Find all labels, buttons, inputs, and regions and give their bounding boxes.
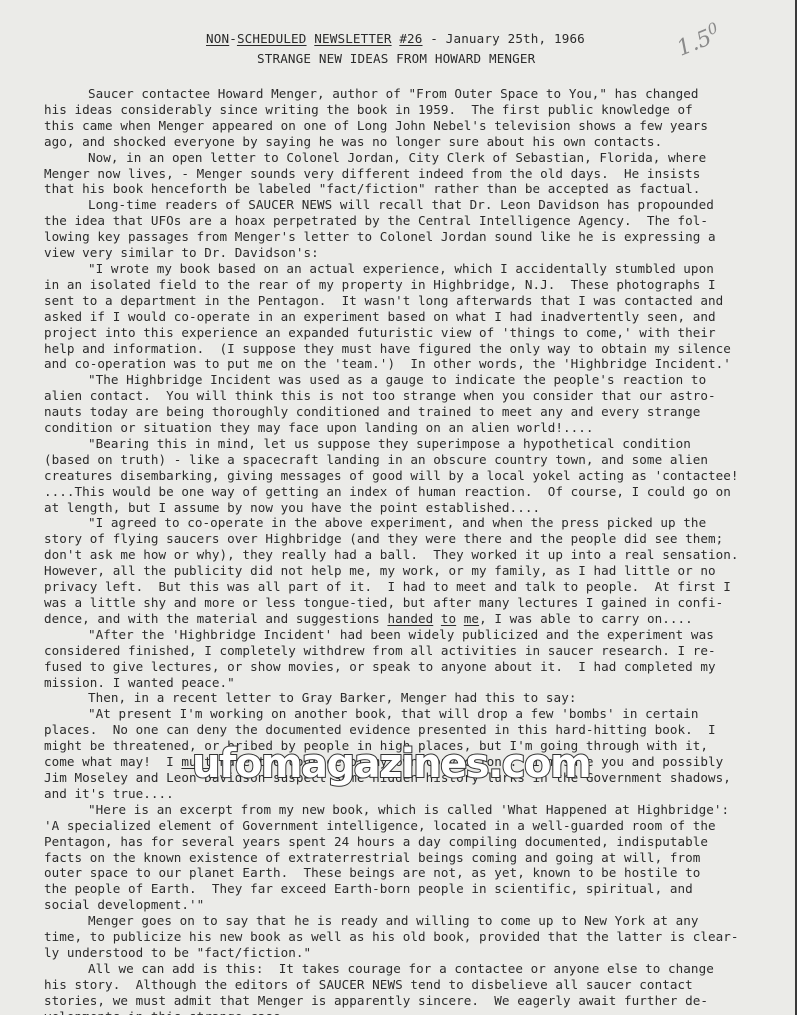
title-word-scheduled: SCHEDULED (237, 31, 307, 46)
text-line: places. No one can deny the documented e… (44, 722, 784, 738)
text-line: sent to a department in the Pentagon. It… (44, 293, 784, 309)
document-page: NON-SCHEDULED NEWSLETTER #26 - January 2… (0, 0, 797, 1015)
title-hyphen: - (229, 31, 237, 46)
text-line: "I wrote my book based on an actual expe… (44, 261, 784, 277)
text-line: story of flying saucers over Highbridge … (44, 531, 784, 547)
text-line: time, to publicize his new book as well … (44, 929, 784, 945)
text-line: social development.'" (44, 897, 784, 913)
text-line: privacy left. But this was all part of i… (44, 579, 784, 595)
text-line: this came when Menger appeared on one of… (44, 118, 784, 134)
underlined-word: handed (387, 611, 433, 626)
title-word-non: NON (206, 31, 229, 46)
title-word-newsletter: NEWSLETTER (314, 31, 391, 46)
article-headline: STRANGE NEW IDEAS FROM HOWARD MENGER (257, 51, 800, 66)
text-line: ly understood to be "fact/fiction." (44, 945, 784, 961)
text-line: and co-operation was to put me on the 't… (44, 356, 784, 372)
text-line: outer space to our planet Earth. These b… (44, 865, 784, 881)
text-line: was a little shy and more or less tongue… (44, 595, 784, 611)
text-line: Pentagon, has for several years spent 24… (44, 834, 784, 850)
title-date: - January 25th, 1966 (423, 31, 585, 46)
text-line: considered finished, I completely withdr… (44, 643, 784, 659)
text-line: view very similar to Dr. Davidson's: (44, 245, 784, 261)
text-line: project into this experience an expanded… (44, 325, 784, 341)
text-line: facts on the known existence of extrater… (44, 850, 784, 866)
title-issue-number: #26 (399, 31, 422, 46)
text-line: stories, we must admit that Menger is ap… (44, 993, 784, 1009)
text-line: "Here is an excerpt from my new book, wh… (44, 802, 784, 818)
text-line: 'A specialized element of Government int… (44, 818, 784, 834)
text-line: However, all the publicity did not help … (44, 563, 784, 579)
watermark: ufomagazines.com (192, 742, 590, 786)
text-line: his ideas considerably since writing the… (44, 102, 784, 118)
text-line: "Bearing this in mind, let us suppose th… (44, 436, 784, 452)
text-line: in an isolated field to the rear of my p… (44, 277, 784, 293)
text-line: "At present I'm working on another book,… (44, 706, 784, 722)
text-line: creatures disembarking, giving messages … (44, 468, 784, 484)
text-line: "The Highbridge Incident was used as a g… (44, 372, 784, 388)
text-line: help and information. (I suppose they mu… (44, 341, 784, 357)
text-line: lowing key passages from Menger's letter… (44, 229, 784, 245)
text-line: "I agreed to co-operate in the above exp… (44, 515, 784, 531)
text-line: Menger now lives, - Menger sounds very d… (44, 166, 784, 182)
text-line: nauts today are being thoroughly conditi… (44, 404, 784, 420)
text-line: Long-time readers of SAUCER NEWS will re… (44, 197, 784, 213)
underlined-word: to (441, 611, 456, 626)
text-line: his story. Although the editors of SAUCE… (44, 977, 784, 993)
article-body: Saucer contactee Howard Menger, author o… (44, 86, 784, 1019)
text-line: (based on truth) - like a spacecraft lan… (44, 452, 784, 468)
text-line: dence, and with the material and suggest… (44, 611, 784, 627)
text-line: the people of Earth. They far exceed Ear… (44, 881, 784, 897)
text-line: that his book henceforth be labeled "fac… (44, 181, 784, 197)
text-line: asked if I would co-operate in an experi… (44, 309, 784, 325)
text-line: All we can add is this: It takes courage… (44, 961, 784, 977)
text-line: mission. I wanted peace." (44, 675, 784, 691)
text-line: ....This would be one way of getting an … (44, 484, 784, 500)
text-line: and it's true.... (44, 786, 784, 802)
text-line: ago, and shocked everyone by saying he w… (44, 134, 784, 150)
text-line: Saucer contactee Howard Menger, author o… (44, 86, 784, 102)
text-line: condition or situation they may face upo… (44, 420, 784, 436)
text-line: fused to give lectures, or show movies, … (44, 659, 784, 675)
underlined-word: me (464, 611, 479, 626)
text-line: "After the 'Highbridge Incident' had bee… (44, 627, 784, 643)
page-bottom-margin (0, 1015, 800, 1019)
text-line: Menger goes on to say that he is ready a… (44, 913, 784, 929)
text-line: don't ask me how or why), they really ha… (44, 547, 784, 563)
text-line: alien contact. You will think this is no… (44, 388, 784, 404)
text-line: the idea that UFOs are a hoax perpetrate… (44, 213, 784, 229)
text-line: at length, but I assume by now you have … (44, 500, 784, 516)
text-line: Now, in an open letter to Colonel Jordan… (44, 150, 784, 166)
text-line: Then, in a recent letter to Gray Barker,… (44, 690, 784, 706)
